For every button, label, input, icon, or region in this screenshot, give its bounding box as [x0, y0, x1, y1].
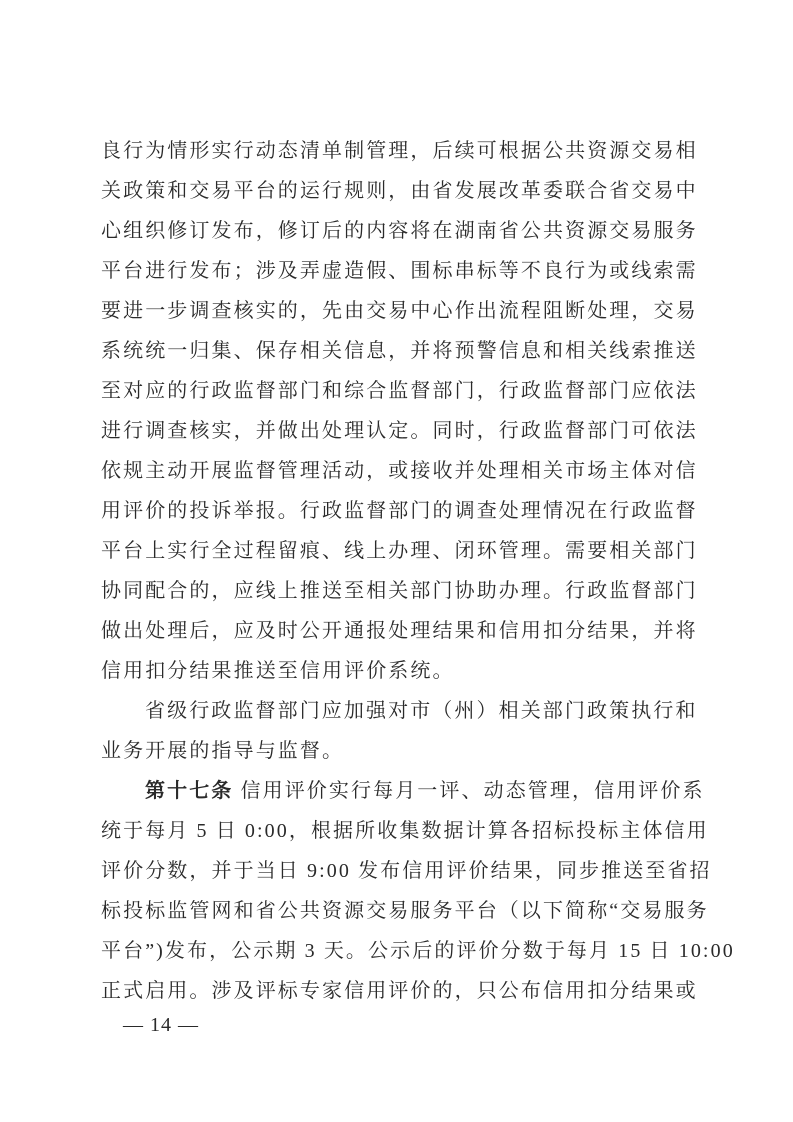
line-text: 要进一步调查核实的，先由交易中心作出流程阻断处理，交易 [101, 300, 698, 322]
text-line: 关政策和交易平台的运行规则，由省发展改革委联合省交易中 [101, 171, 701, 211]
line-text: 良行为情形实行动态清单制管理，后续可根据公共资源交易相 [101, 140, 698, 162]
text-line: 依规主动开展监督管理活动，或接收并处理相关市场主体对信 [101, 451, 701, 491]
text-line: 评价分数，并于当日 9:00 发布信用评价结果，同步推送至省招 [101, 851, 701, 891]
document-body: 良行为情形实行动态清单制管理，后续可根据公共资源交易相关政策和交易平台的运行规则… [101, 131, 701, 1011]
line-text: 平台上实行全过程留痕、线上办理、闭环管理。需要相关部门 [101, 540, 698, 562]
text-line: 做出处理后，应及时公开通报处理结果和信用扣分结果，并将 [101, 611, 701, 651]
text-line: 良行为情形实行动态清单制管理，后续可根据公共资源交易相 [101, 131, 701, 171]
text-line: 业务开展的指导与监督。 [101, 731, 701, 771]
line-text: 系统统一归集、保存相关信息，并将预警信息和相关线索推送 [101, 340, 698, 362]
text-line: 心组织修订发布，修订后的内容将在湖南省公共资源交易服务 [101, 211, 701, 251]
line-text: 正式启用。涉及评标专家信用评价的，只公布信用扣分结果或 [101, 980, 698, 1002]
text-line: 平台上实行全过程留痕、线上办理、闭环管理。需要相关部门 [101, 531, 701, 571]
text-line: 省级行政监督部门应加强对市（州）相关部门政策执行和 [101, 691, 701, 731]
text-line: 平台”)发布，公示期 3 天。公示后的评价分数于每月 15 日 10:00 [101, 931, 701, 971]
text-line: 用评价的投诉举报。行政监督部门的调查处理情况在行政监督 [101, 491, 701, 531]
line-text: 关政策和交易平台的运行规则，由省发展改革委联合省交易中 [101, 180, 698, 202]
article-heading: 第十七条 [145, 780, 233, 802]
text-line: 平台进行发布；涉及弄虚造假、围标串标等不良行为或线索需 [101, 251, 701, 291]
line-text: 信用扣分结果推送至信用评价系统。 [101, 660, 455, 682]
line-text: 做出处理后，应及时公开通报处理结果和信用扣分结果，并将 [101, 620, 698, 642]
line-text: 统于每月 5 日 0:00，根据所收集数据计算各招标投标主体信用 [101, 820, 709, 842]
text-line: 系统统一归集、保存相关信息，并将预警信息和相关线索推送 [101, 331, 701, 371]
text-line: 要进一步调查核实的，先由交易中心作出流程阻断处理，交易 [101, 291, 701, 331]
text-line: 协同配合的，应线上推送至相关部门协助办理。行政监督部门 [101, 571, 701, 611]
line-text: 用评价的投诉举报。行政监督部门的调查处理情况在行政监督 [101, 500, 698, 522]
page-number: — 14 — [123, 1014, 199, 1036]
line-text: 平台进行发布；涉及弄虚造假、围标串标等不良行为或线索需 [101, 260, 698, 282]
line-text: 依规主动开展监督管理活动，或接收并处理相关市场主体对信 [101, 460, 698, 482]
document-page: 良行为情形实行动态清单制管理，后续可根据公共资源交易相关政策和交易平台的运行规则… [0, 0, 793, 1122]
text-line: 进行调查核实，并做出处理认定。同时，行政监督部门可依法 [101, 411, 701, 451]
line-text: 标投标监管网和省公共资源交易服务平台（以下简称“交易服务 [101, 900, 709, 922]
text-line: 标投标监管网和省公共资源交易服务平台（以下简称“交易服务 [101, 891, 701, 931]
text-line: 信用扣分结果推送至信用评价系统。 [101, 651, 701, 691]
line-text: 协同配合的，应线上推送至相关部门协助办理。行政监督部门 [101, 580, 698, 602]
page-footer: — 14 — [123, 1008, 199, 1042]
line-text: 心组织修订发布，修订后的内容将在湖南省公共资源交易服务 [101, 220, 698, 242]
line-text: 业务开展的指导与监督。 [101, 740, 344, 762]
line-text: 至对应的行政监督部门和综合监督部门，行政监督部门应依法 [101, 380, 698, 402]
line-text: 进行调查核实，并做出处理认定。同时，行政监督部门可依法 [101, 420, 698, 442]
line-text: 平台”)发布，公示期 3 天。公示后的评价分数于每月 15 日 10:00 [101, 940, 735, 962]
line-text: 省级行政监督部门应加强对市（州）相关部门政策执行和 [145, 700, 698, 722]
text-line: 正式启用。涉及评标专家信用评价的，只公布信用扣分结果或 [101, 971, 701, 1011]
text-line: 第十七条 信用评价实行每月一评、动态管理，信用评价系 [101, 771, 701, 811]
line-text: 信用评价实行每月一评、动态管理，信用评价系 [233, 780, 704, 802]
text-line: 统于每月 5 日 0:00，根据所收集数据计算各招标投标主体信用 [101, 811, 701, 851]
line-text: 评价分数，并于当日 9:00 发布信用评价结果，同步推送至省招 [101, 860, 712, 882]
text-line: 至对应的行政监督部门和综合监督部门，行政监督部门应依法 [101, 371, 701, 411]
